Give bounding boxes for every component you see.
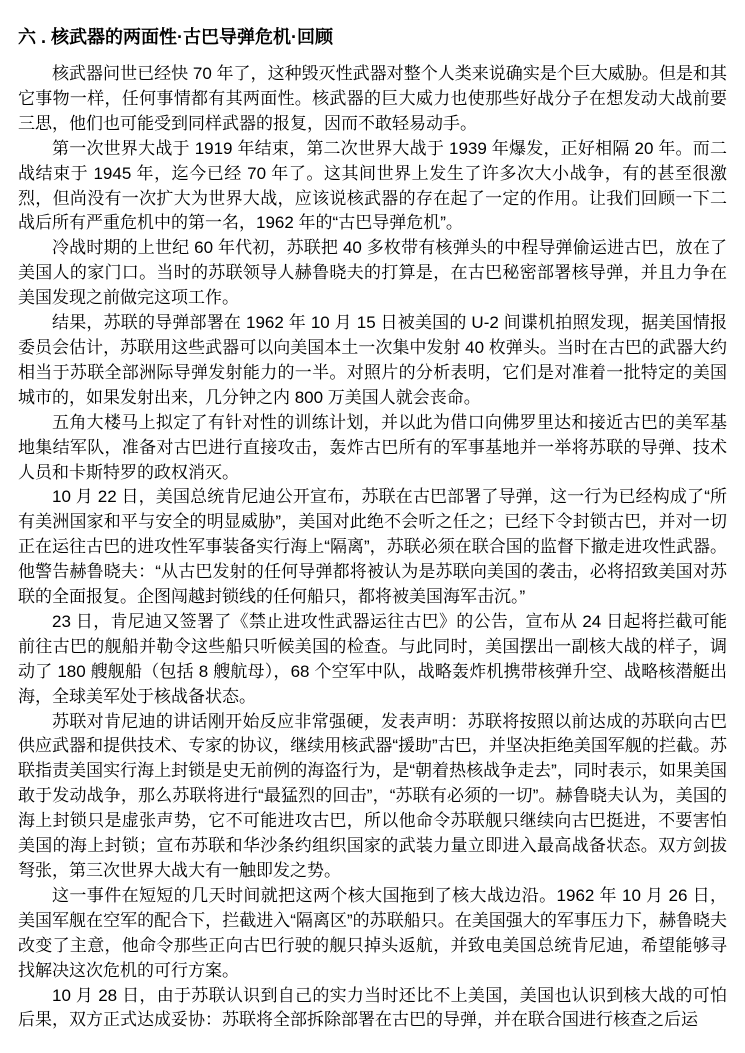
paragraph: 这一事件在短短的几天时间就把这两个核大国拖到了核大战边沿。1962 年 10 月… bbox=[18, 884, 727, 984]
paragraph: 结果，苏联的导弹部署在 1962 年 10 月 15 日被美国的 U-2 间谍机… bbox=[18, 311, 727, 411]
document-page: 六 . 核武器的两面性·古巴导弹危机·回顾 核武器问世已经快 70 年了，这种毁… bbox=[0, 0, 745, 1053]
paragraph: 第一次世界大战于 1919 年结束，第二次世界大战于 1939 年爆发，正好相隔… bbox=[18, 137, 727, 237]
paragraph: 23 日，肯尼迪又签署了《禁止进攻性武器运往古巴》的公告，宣布从 24 日起将拦… bbox=[18, 610, 727, 710]
paragraph: 五角大楼马上拟定了有针对性的训练计划，并以此为借口向佛罗里达和接近古巴的美军基地… bbox=[18, 411, 727, 486]
paragraph: 冷战时期的上世纪 60 年代初，苏联把 40 多枚带有核弹头的中程导弹偷运进古巴… bbox=[18, 236, 727, 311]
paragraph: 10 月 28 日，由于苏联认识到自己的实力当时还比不上美国，美国也认识到核大战… bbox=[18, 984, 727, 1034]
paragraph: 10 月 22 日，美国总统肯尼迪公开宣布，苏联在古巴部署了导弹，这一行为已经构… bbox=[18, 485, 727, 610]
document-body: 核武器问世已经快 70 年了，这种毁灭性武器对整个人类来说确实是个巨大威胁。但是… bbox=[18, 62, 727, 1033]
paragraph: 核武器问世已经快 70 年了，这种毁灭性武器对整个人类来说确实是个巨大威胁。但是… bbox=[18, 62, 727, 137]
paragraph: 苏联对肯尼迪的讲话刚开始反应非常强硬，发表声明：苏联将按照以前达成的苏联向古巴供… bbox=[18, 710, 727, 884]
document-title: 六 . 核武器的两面性·古巴导弹危机·回顾 bbox=[18, 25, 727, 49]
